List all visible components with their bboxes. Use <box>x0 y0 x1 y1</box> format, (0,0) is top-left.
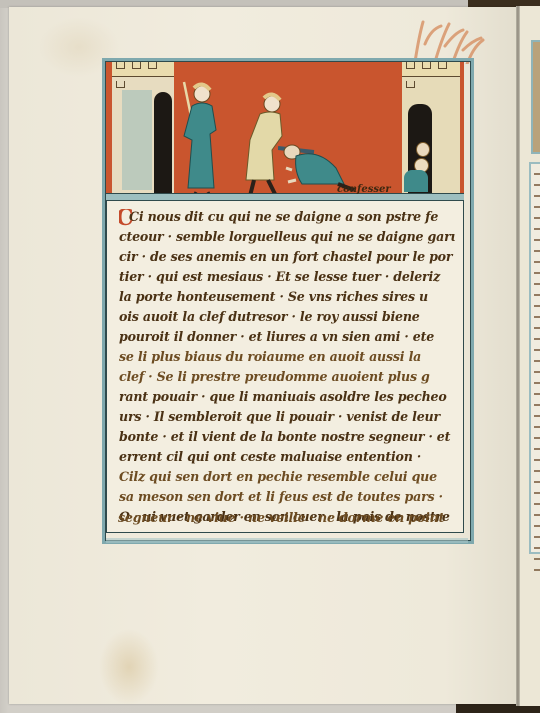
text-line: Cilz qui sen dort en pechie resemble cel… <box>119 469 455 489</box>
miniature-illustration <box>106 62 464 196</box>
left-tower-door <box>154 92 172 196</box>
text-line-last: segneur · ne viue · ne veille · ne dorme… <box>118 510 458 530</box>
facing-page-miniature <box>531 40 540 154</box>
text-line: cir · de ses anemis en un fort chastel p… <box>119 249 455 269</box>
text-line: urs · Il sembleroit que li pouair · veni… <box>119 409 455 429</box>
text-line: rant pouair · que li maniuais asoldre le… <box>119 389 455 409</box>
onlooker-body <box>404 170 428 192</box>
text-line: se li plus biaus du roiaume en auoit aus… <box>119 349 455 369</box>
text-line: tier · qui est mesiaus · Et se lesse tue… <box>119 269 455 289</box>
text-line: clef · Se li prestre preudomme auoient p… <box>119 369 455 389</box>
standing-figure-with-staff <box>176 80 226 196</box>
text-line: C Ci nous dit cu qui ne se daigne a son … <box>119 209 455 229</box>
text-line: ois auoit la clef dutresor · le roy auss… <box>119 309 455 329</box>
marginal-gloss: confesser <box>337 184 391 195</box>
left-tower <box>112 62 174 196</box>
flourish-ornament <box>405 14 487 64</box>
text-line: errent cil qui ont ceste maluaise entent… <box>119 449 455 469</box>
frame-bottom-rule <box>106 538 468 543</box>
text-line: bonte · et il vient de la bonte nostre s… <box>119 429 455 449</box>
text-line: pouroit il donner · et liures a vn sien … <box>119 329 455 349</box>
text-column: C Ci nous dit cu qui ne se daigne a son … <box>106 200 464 533</box>
onlooker-head <box>416 142 430 157</box>
right-tower <box>402 62 460 196</box>
text-line: cteour · semble lorguelleus qui ne se da… <box>119 229 455 249</box>
text-line: la porte honteusement · Se vns riches si… <box>119 289 455 309</box>
text-line: sa meson sen dort et li feus est de tout… <box>119 489 455 509</box>
facing-page-text <box>529 162 540 554</box>
rubricated-initial: C <box>119 209 133 229</box>
